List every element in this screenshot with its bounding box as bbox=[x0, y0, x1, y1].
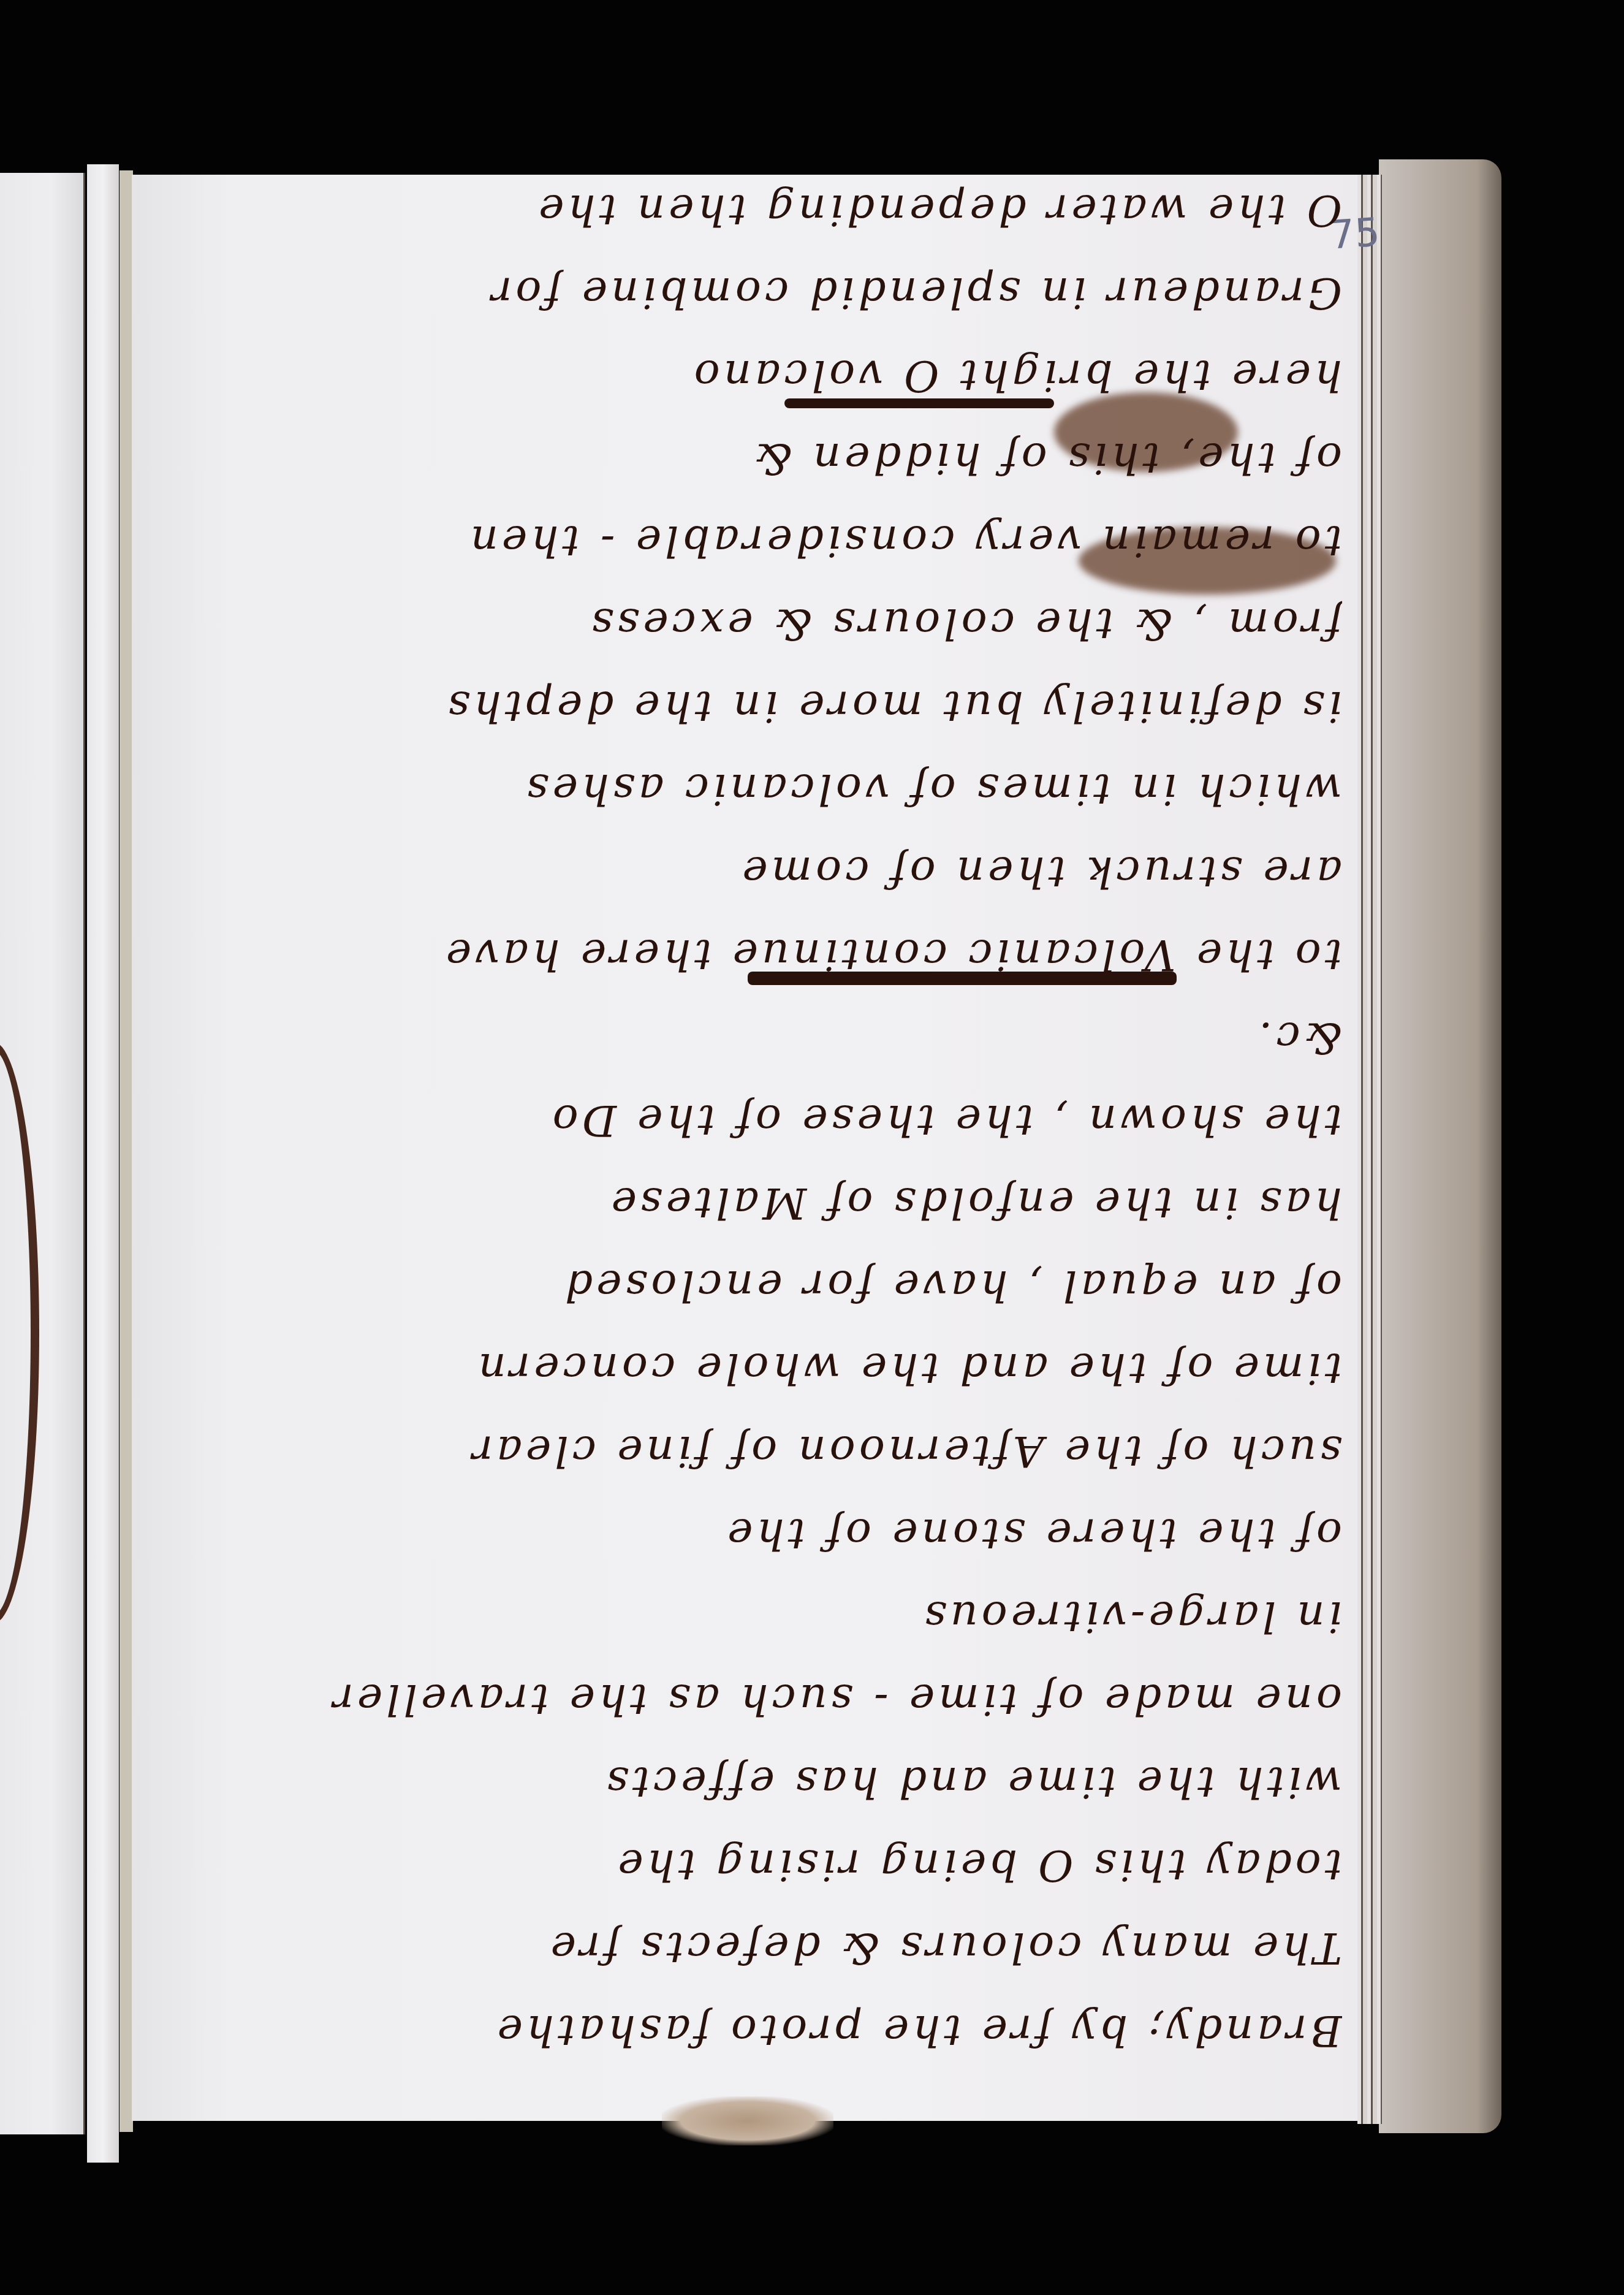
text-line: is definitely but more in the depths bbox=[178, 665, 1342, 748]
page-edges bbox=[1357, 175, 1382, 2124]
text-line: Brandy; by fre the proto fashathe bbox=[178, 1989, 1342, 2072]
text-line: the shown , the these of the Do bbox=[178, 1079, 1342, 1162]
text-line: are struck then of come bbox=[178, 831, 1342, 913]
text-line: O the water depending then the bbox=[178, 169, 1342, 251]
text-line: of the, this of hidden & bbox=[178, 417, 1342, 500]
text-line: time of the and the whole concern bbox=[178, 1327, 1342, 1410]
text-line: The many colours & defects fre bbox=[178, 1906, 1342, 1989]
text-line: in large-vitreous bbox=[178, 1575, 1342, 1658]
text-line: such of the Afternoon of fine clear bbox=[178, 1410, 1342, 1493]
paper-stub-shadow bbox=[120, 170, 133, 2132]
scan-background: 75 Brandy; by fre the proto fashathe The… bbox=[0, 0, 1624, 2295]
text-line: to the Volcanic continue there have bbox=[178, 913, 1342, 996]
text-line: &c. bbox=[178, 996, 1342, 1079]
text-line: to remain very considerable - then bbox=[178, 500, 1342, 582]
paper-stub bbox=[87, 164, 119, 2163]
vellum-binding-edge bbox=[1379, 159, 1501, 2133]
text-line: from , & the colours & excess bbox=[178, 582, 1342, 665]
text-line: of an equal , have for enclosed bbox=[178, 1244, 1342, 1327]
text-line: today this O being rising the bbox=[178, 1824, 1342, 1906]
text-line: of the there stone of the bbox=[178, 1493, 1342, 1575]
text-line: one made of time - such as the traveller bbox=[178, 1658, 1342, 1741]
gutter bbox=[83, 173, 85, 2134]
water-stain bbox=[662, 2096, 833, 2145]
handwritten-text-block: Brandy; by fre the proto fashathe The ma… bbox=[178, 202, 1342, 2072]
text-line: with the time and has effects bbox=[178, 1741, 1342, 1824]
text-line: has in the enfolds of Maltese bbox=[178, 1162, 1342, 1244]
text-line: Grandeur in splendid combine for bbox=[178, 251, 1342, 334]
text-line: which in times of volcanic ashes bbox=[178, 748, 1342, 831]
text-line: here the bright O volcano bbox=[178, 334, 1342, 417]
